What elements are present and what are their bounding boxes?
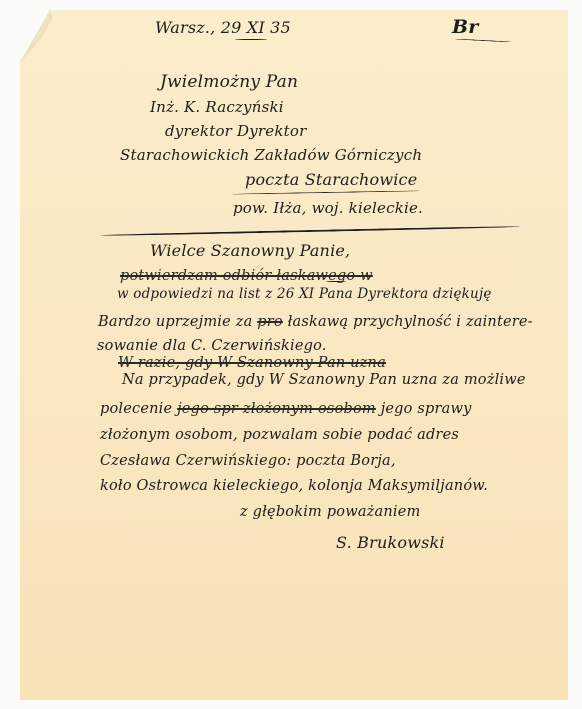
- body-line-6: złożonym osobom, pozwalam sobie podać ad…: [100, 428, 459, 443]
- address-title: dyrektor Dyrektor: [165, 124, 306, 139]
- body-line-5-start: polecenie: [100, 401, 172, 417]
- initials-mark: Br: [452, 18, 478, 37]
- address-region: pow. Iłża, woj. kieleckie.: [233, 201, 423, 216]
- body-line-7: Czesława Czerwińskiego: poczta Borja,: [100, 454, 396, 469]
- body-line-8: koło Ostrowca kieleckiego, kolonja Maksy…: [100, 479, 488, 494]
- body-line-5-cont: jego sprawy: [381, 401, 472, 417]
- body-line-3: sowanie dla C. Czerwińskiego.: [97, 339, 327, 354]
- address-name: Inż. K. Raczyński: [150, 100, 284, 115]
- body-line-2-start: Bardzo uprzejmie za: [98, 314, 252, 330]
- body-line-2-struck: pro: [257, 314, 283, 330]
- letter-date: Warsz., 29 XI 35: [155, 20, 291, 36]
- body-line-1: w odpowiedzi na list z 26 XI Pana Dyrekt…: [117, 288, 492, 302]
- body-line-2-cont: łaskawą przychylność i zaintere-: [288, 314, 533, 330]
- struck-line-2: W razie, gdy W Szanowny Pan uzna: [118, 356, 386, 371]
- body-line-5-struck: jego spr złożonym osobom: [177, 401, 376, 417]
- xi-underline: [326, 281, 346, 282]
- address-honorific: Jwielmożny Pan: [160, 74, 298, 91]
- closing: z głębokim poważaniem: [240, 505, 420, 520]
- body-line-5: polecenie jego spr złożonym osobom jego …: [100, 402, 472, 417]
- body-line-2: Bardzo uprzejmie za pro łaskawą przychyl…: [98, 315, 533, 330]
- scanned-document: Warsz., 29 XI 35 Br Jwielmożny Pan Inż. …: [0, 0, 582, 709]
- salutation: Wielce Szanowny Panie,: [150, 243, 350, 259]
- body-line-4: Na przypadek, gdy W Szanowny Pan uzna za…: [122, 373, 526, 388]
- signature: S. Brukowski: [336, 535, 445, 551]
- address-post: poczta Starachowice: [245, 172, 417, 188]
- address-company: Starachowickich Zakładów Górniczych: [120, 148, 422, 163]
- date-underline: [235, 39, 267, 40]
